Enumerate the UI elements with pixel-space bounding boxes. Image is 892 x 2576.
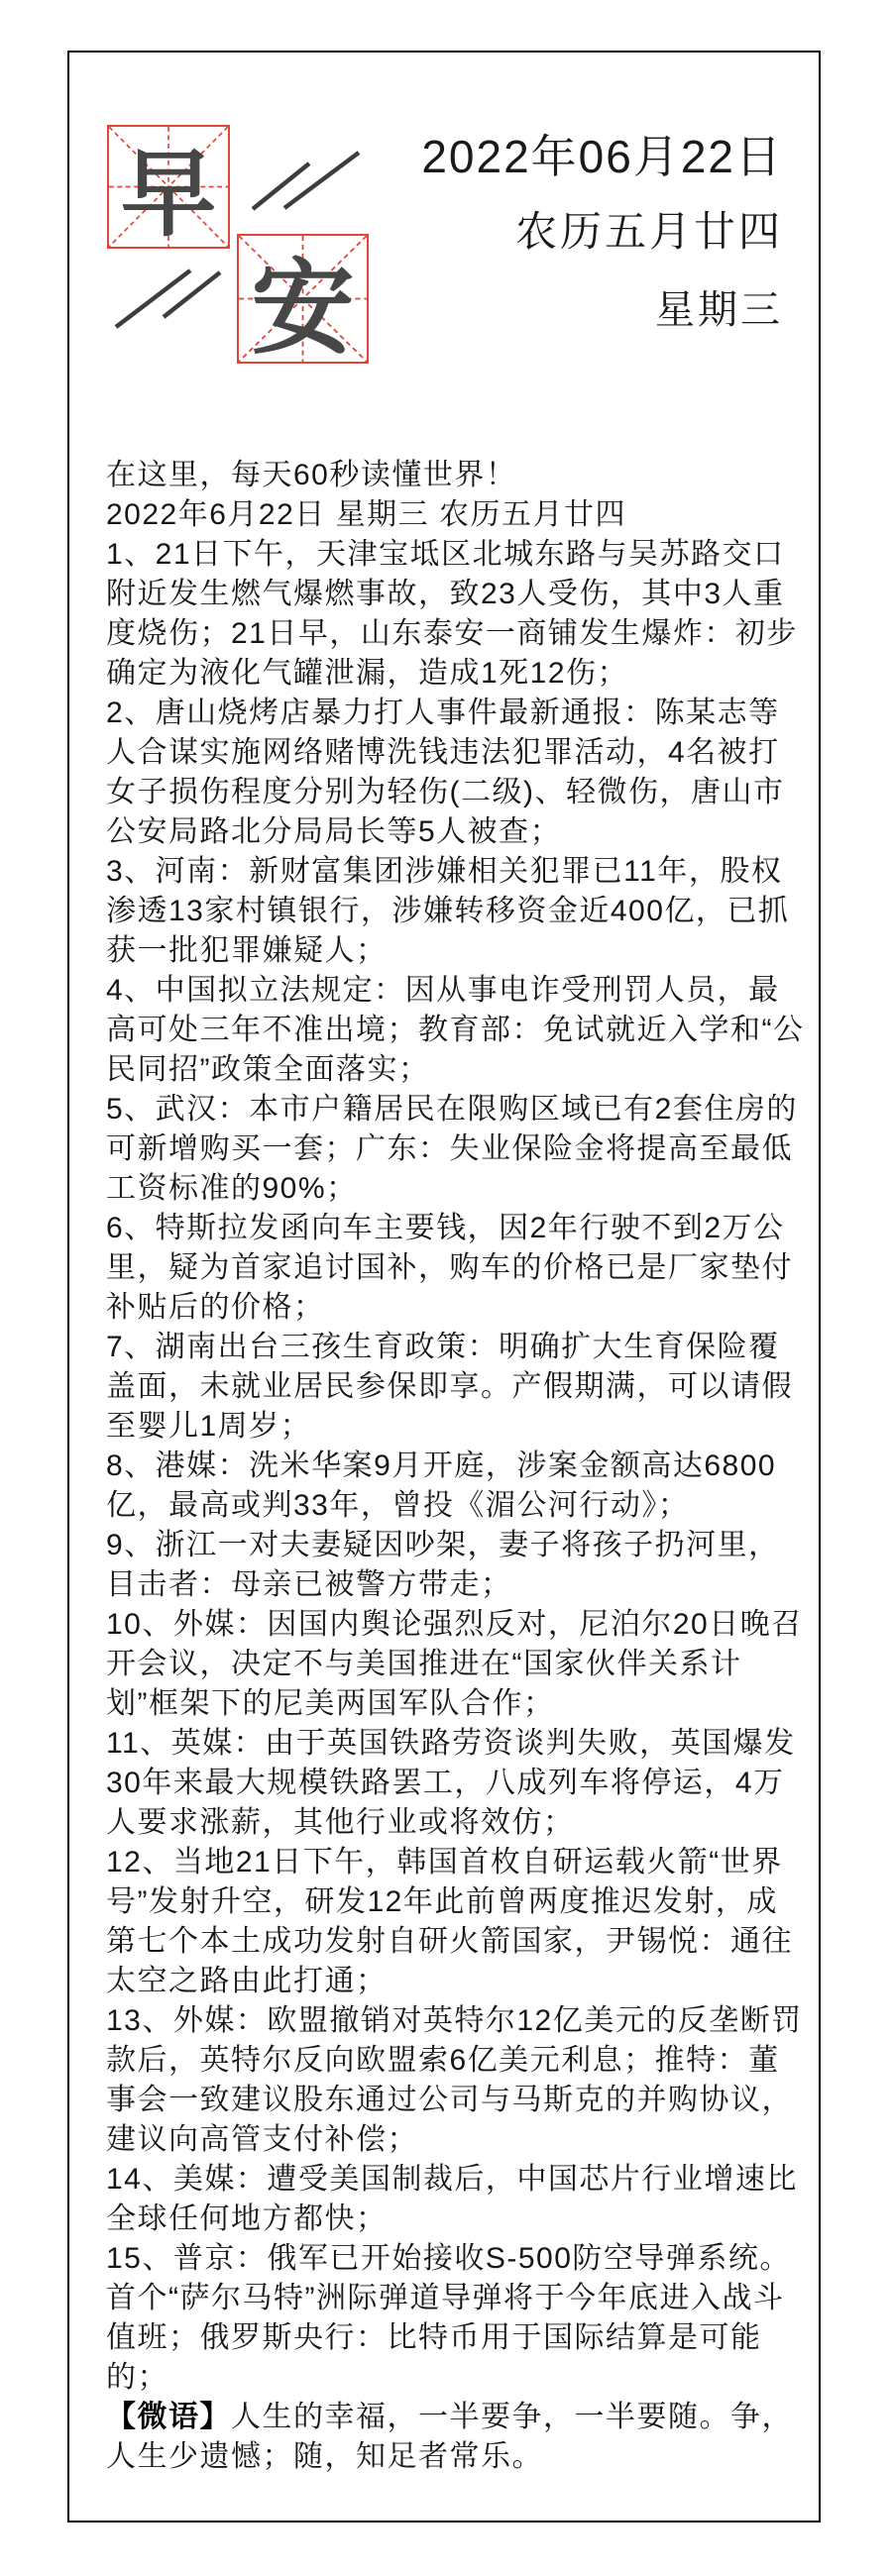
date-text: 2022年06月22日 [379,133,783,180]
intro-slogan: 在这里，每天60秒读懂世界！ [106,456,808,495]
news-item: 7、湖南出台三孩生育政策：明确扩大生育保险覆盖面，未就业居民参保即享。产假期满，… [106,1328,808,1447]
lunar-date-text: 农历五月廿四 [379,210,783,254]
news-item: 14、美媒：遭受美国制裁后，中国芯片行业增速比全球任何地方都快； [106,2160,808,2239]
news-item: 5、武汉：本市户籍居民在限购区域已有2套住房的可新增购买一套；广东：失业保险金将… [106,1090,808,1209]
date-block: 2022年06月22日 农历五月廿四 星期三 [379,133,783,331]
weiyu-line: 【微语】人生的幸福，一半要争，一半要随。争，人生少遗憾；随，知足者常乐。 [106,2398,808,2477]
news-item: 6、特斯拉发函向车主要钱，因2年行驶不到2万公里，疑为首家追讨国补，购车的价格已… [106,1209,808,1328]
intro-date-line: 2022年6月22日 星期三 农历五月廿四 [106,495,808,535]
morning-news-poster: 早 安 2022年06月22日 农历五月廿四 星期三 在这里，每天60秒读懂 [0,0,892,2576]
news-item: 9、浙江一对夫妻疑因吵架，妻子将孩子扔河里，目击者：母亲已被警方带走； [106,1526,808,1605]
news-item: 3、河南：新财富集团涉嫌相关犯罪已11年，股权渗透13家村镇银行，涉嫌转移资金近… [106,852,808,971]
news-item: 4、中国拟立法规定：因从事电诈受刑罚人员，最高可处三年不准出境；教育部：免试就近… [106,971,808,1090]
news-item: 8、港媒：洗米华案9月开庭，涉案金额高达6800亿，最高或判33年，曾投《湄公河… [106,1447,808,1526]
news-list: 1、21日下午，天津宝坻区北城东路与吴苏路交口附近发生燃气爆燃事故，致23人受伤… [106,535,808,2398]
weiyu-badge: 【微语】 [106,2401,231,2433]
weekday-text: 星期三 [379,289,783,331]
news-item: 13、外媒：欧盟撤销对英特尔12亿美元的反垄断罚款后，英特尔反向欧盟索6亿美元利… [106,2001,808,2160]
news-body: 在这里，每天60秒读懂世界！ 2022年6月22日 星期三 农历五月廿四 1、2… [106,456,808,2477]
news-item: 2、唐山烧烤店暴力打人事件最新通报：陈某志等人合谋实施网络赌博洗钱违法犯罪活动，… [106,694,808,852]
news-item: 12、当地21日下午，韩国首枚自研运载火箭“世界号”发射升空，研发12年此前曾两… [106,1843,808,2001]
outer-frame: 早 安 2022年06月22日 农历五月廿四 星期三 在这里，每天60秒读懂 [67,51,821,2522]
decorative-slashes-icon [101,131,389,344]
news-item: 1、21日下午，天津宝坻区北城东路与吴苏路交口附近发生燃气爆燃事故，致23人受伤… [106,535,808,694]
news-item: 15、普京：俄军已开始接收S-500防空导弹系统。首个“萨尔马特”洲际弹道导弹将… [106,2239,808,2398]
news-item: 10、外媒：因国内舆论强烈反对，尼泊尔20日晚召开会议，决定不与美国推进在“国家… [106,1605,808,1724]
news-item: 11、英媒：由于英国铁路劳资谈判失败，英国爆发30年来最大规模铁路罢工，八成列车… [106,1724,808,1843]
